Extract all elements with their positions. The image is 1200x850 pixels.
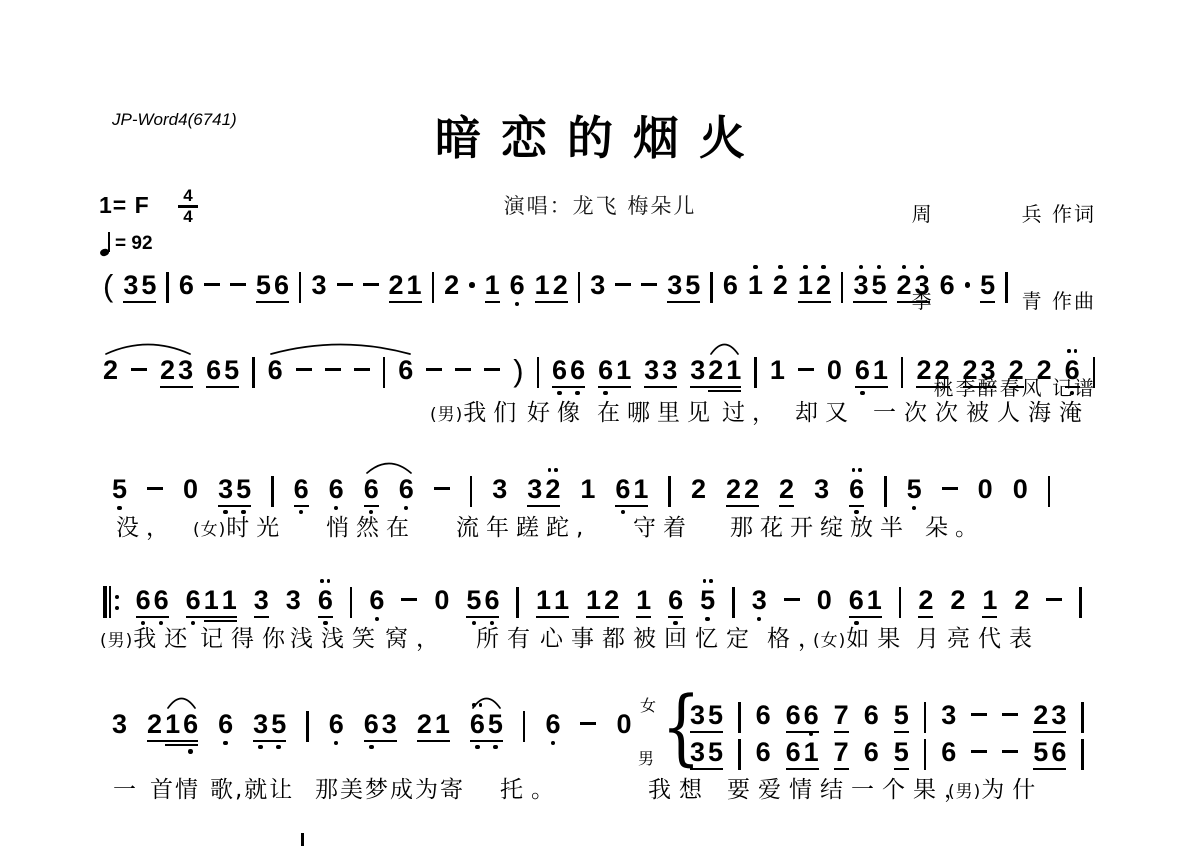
barline-cell: [732, 572, 735, 620]
note-underline: [389, 301, 408, 303]
note-underline: [123, 301, 142, 303]
note-digit: 1: [982, 586, 997, 614]
ornament-double-dot: [703, 579, 713, 583]
note-cell: 2: [444, 257, 459, 302]
lyrics-segment-row3: 窝，: [385, 620, 447, 653]
note-underline: [160, 386, 179, 388]
note-cell: 1: [867, 572, 882, 621]
dash-cell: [1002, 724, 1018, 756]
note-underline: [662, 386, 677, 388]
note-digit: 6: [179, 271, 194, 299]
note-cell: 0: [817, 572, 832, 617]
dash-cell: [426, 342, 442, 374]
voice-brace: {: [662, 689, 701, 767]
note-cell: 1: [804, 724, 819, 773]
note-digit: 3: [752, 586, 767, 614]
note-cell: 2: [779, 461, 794, 510]
note-cell: 2: [160, 342, 175, 391]
lyrics-segment-row4: 托。: [500, 771, 562, 804]
note-digit: 3: [112, 710, 127, 738]
note-cell: 1: [726, 342, 741, 395]
note-digit: 3: [662, 356, 677, 384]
barline-cell: [578, 257, 581, 305]
dot-cell: [965, 257, 971, 290]
music-line-5-male: 35661765656: [690, 724, 1099, 773]
note-digit: 6: [218, 710, 233, 738]
note-digit: 3: [590, 271, 605, 299]
note-digit: 6: [329, 710, 344, 738]
note-digit: 2: [545, 475, 560, 503]
note-underline: [535, 301, 554, 303]
note-digit: 6: [1065, 356, 1080, 384]
note-cell: 3: [112, 696, 127, 741]
note-digit: 1: [804, 738, 819, 766]
note-underline: [527, 505, 546, 507]
note-digit: 3: [382, 710, 397, 738]
note-cell: 2: [691, 461, 706, 506]
note-underline: [274, 301, 289, 303]
lyrics-segment-row2: 流年蹉跎,: [456, 509, 590, 542]
note-cell: 3: [814, 461, 829, 506]
note-cell: 0: [978, 461, 993, 506]
octave-dot-below: [757, 617, 762, 622]
dash-cell: [455, 342, 471, 374]
octave-dot-above: [859, 265, 864, 270]
note-cell: 6: [329, 461, 344, 510]
lyrics-segment-row4: 我想: [648, 771, 710, 804]
note-cell: 6: [1051, 724, 1066, 773]
note-cell: 3: [590, 257, 605, 302]
note-underline: [256, 301, 275, 303]
note-underline: [254, 616, 269, 618]
lyrics-segment-row2: 朵。: [925, 509, 985, 542]
note-underline: [685, 301, 700, 303]
barline: [432, 272, 435, 303]
note-cell: 6: [940, 257, 955, 302]
dash-cell: [325, 342, 341, 374]
barline-cell: [841, 257, 844, 305]
barline-cell: [710, 257, 713, 305]
note-digit: 3: [311, 271, 326, 299]
note-underline: [598, 386, 617, 388]
note-cell: 3: [286, 572, 301, 617]
barline-cell: [901, 342, 904, 390]
note-cell: 6: [849, 461, 864, 514]
credit-lyricist: 周 兵 作词: [912, 200, 1096, 229]
octave-dot-below: [258, 745, 263, 750]
dot-cell: [469, 257, 475, 290]
note-cell: 6: [864, 724, 879, 769]
barline-cell: [884, 461, 887, 509]
note-underline: [726, 505, 745, 507]
note-underline: [552, 386, 571, 388]
barline: [884, 476, 887, 507]
barline-cell: [252, 342, 255, 390]
note-cell: 5: [894, 724, 909, 773]
lyrics-segment-row4: (男)为什: [948, 771, 1043, 804]
barline: [470, 476, 473, 507]
barline: [306, 711, 309, 742]
note-cell: 2: [726, 461, 741, 510]
note-digit: 2: [1037, 356, 1052, 384]
note-cell: 6: [941, 724, 956, 769]
note-cell: 6: [570, 342, 585, 395]
note-cell: 7: [834, 724, 849, 773]
note-cell: 3: [218, 461, 233, 514]
barline-cell: [383, 342, 386, 390]
note-digit: 6: [849, 586, 864, 614]
note-digit: 0: [434, 586, 449, 614]
note-cell: 2: [1009, 342, 1024, 391]
note-cell: 5: [1033, 724, 1048, 773]
dash-cell: [147, 461, 163, 493]
dash-cell: [615, 257, 631, 289]
note-digit: 1: [586, 586, 601, 614]
note-cell: 2: [147, 696, 162, 745]
octave-dot-below: [621, 510, 626, 515]
barline-cell: [166, 257, 169, 305]
gender-marker: (男): [430, 405, 463, 425]
note-underline: [873, 386, 888, 388]
note-underline: [435, 740, 450, 742]
note-digit: 1: [636, 586, 651, 614]
time-numerator: 4: [183, 188, 192, 204]
note-digit: 6: [1051, 738, 1066, 766]
note-cell: 3: [527, 461, 542, 510]
note-digit: 5: [224, 356, 239, 384]
repeat-sign: [103, 586, 119, 618]
note-cell: 1: [204, 572, 219, 625]
barline: [578, 272, 581, 303]
barline: [523, 711, 526, 742]
barline-cell: [470, 461, 473, 509]
note-underline: [644, 386, 663, 388]
barline-cell: [1005, 257, 1008, 305]
note-underline: [186, 616, 205, 618]
note-underline: [834, 768, 849, 770]
note-cell: 3: [667, 257, 682, 306]
lyrics-segment-row2: 没，: [116, 509, 176, 542]
note-cell: 1: [535, 257, 550, 306]
note-digit: 1: [798, 271, 813, 299]
dash-cell: [1002, 687, 1018, 719]
note-digit: 1: [204, 586, 219, 614]
note-digit: 6: [552, 356, 567, 384]
note-cell: 6: [1065, 342, 1080, 395]
note-underline: [726, 390, 741, 392]
note-underline: [934, 386, 949, 388]
barline: [516, 587, 519, 618]
dash-cell: [204, 257, 220, 289]
note-underline: [604, 616, 619, 618]
note-cell: 0: [616, 696, 631, 741]
repeat-cell: [103, 572, 119, 621]
octave-dot-below: [551, 741, 556, 746]
dash-cell: [337, 257, 353, 289]
note-digit: 6: [849, 475, 864, 503]
gender-marker: (男): [100, 631, 133, 651]
octave-dot-below: [276, 745, 281, 750]
note-underline: [849, 616, 868, 618]
note-digit: 2: [744, 475, 759, 503]
note-digit: 3: [981, 356, 996, 384]
note-digit: 6: [329, 475, 344, 503]
tempo-marking: = 92: [100, 232, 153, 255]
note-cell: 5: [872, 257, 887, 306]
note-underline: [154, 616, 169, 618]
lyrics-segment-row4: 一: [113, 771, 144, 804]
note-cell: 6: [545, 696, 560, 745]
octave-dot-above: [920, 265, 925, 270]
note-cell: 2: [604, 572, 619, 621]
note-underline: [417, 740, 436, 742]
note-cell: 1: [633, 461, 648, 510]
note-digit: 6: [864, 738, 879, 766]
note-digit: 3: [254, 586, 269, 614]
note-underline: [668, 616, 683, 618]
note-digit: 6: [369, 586, 384, 614]
lyrics-segment-row3: 月亮代表: [916, 620, 1040, 653]
note-underline: [586, 616, 605, 618]
barline-cell: [516, 572, 519, 620]
note-cell: 3: [492, 461, 507, 506]
note-cell: 5: [141, 257, 156, 306]
note-underline: [708, 390, 727, 392]
note-digit: 6: [615, 475, 630, 503]
note-digit: 3: [253, 710, 268, 738]
note-digit: 3: [527, 475, 542, 503]
note-cell: 6: [329, 696, 344, 745]
note-digit: 6: [723, 271, 738, 299]
note-cell: 6: [268, 342, 283, 387]
note-underline: [407, 301, 422, 303]
note-cell: 1: [554, 572, 569, 621]
lyrics-segment-row1: 一次次被人海淹: [873, 394, 1090, 427]
dash-cell: [1046, 572, 1062, 604]
lyrics-segment-row2: 守着: [633, 509, 693, 542]
note-digit: 5: [1033, 738, 1048, 766]
note-digit: 6: [940, 271, 955, 299]
note-cell: 1: [616, 342, 631, 391]
note-cell: 1: [770, 342, 785, 387]
note-digit: 6: [570, 356, 585, 384]
barline-cell: [537, 342, 540, 390]
note-cell: 2: [417, 696, 432, 745]
note-underline: [981, 386, 996, 388]
barline: [841, 272, 844, 303]
note-underline: [616, 386, 631, 388]
note-cell: 1: [798, 257, 813, 306]
octave-dot-above: [753, 265, 758, 270]
note-underline: [1065, 386, 1080, 388]
note-underline: [488, 740, 503, 742]
note-digit: 5: [708, 738, 723, 766]
note-cell: 6: [723, 257, 738, 302]
dash-cell: [784, 572, 800, 604]
music-line-2: 2236566)66613332110612223226: [103, 342, 1108, 395]
barline-cell: [738, 724, 741, 772]
note-cell: 6: [186, 572, 201, 625]
note-digit: 6: [545, 710, 560, 738]
note-cell: 5: [907, 461, 922, 510]
note-cell: 5: [271, 696, 286, 749]
note-cell: 2: [744, 461, 759, 510]
note-digit: 2: [918, 586, 933, 614]
note-cell: 6: [398, 342, 413, 387]
octave-dot-above: [803, 265, 808, 270]
note-digit: 2: [1014, 586, 1029, 614]
note-digit: 6: [398, 356, 413, 384]
note-underline: [798, 301, 817, 303]
note-underline: [553, 301, 568, 303]
sheet-music-page: { "page": { "background": "#ffffff", "in…: [0, 0, 1200, 850]
note-cell: 1: [435, 696, 450, 745]
note-underline: [222, 616, 237, 618]
lyrics-segment-row1: 却又: [795, 394, 855, 427]
note-digit: 1: [407, 271, 422, 299]
note-underline: [726, 386, 741, 388]
note-underline: [536, 616, 555, 618]
note-digit: 3: [644, 356, 659, 384]
music-line-4: 666113366056111216530612212: [103, 572, 1099, 625]
note-digit: 1: [770, 356, 785, 384]
ornament-double-dot: [320, 579, 330, 583]
note-digit: 2: [934, 356, 949, 384]
barline-cell: [1081, 724, 1084, 772]
ornament-double-dot: [472, 703, 482, 707]
note-cell: 2: [897, 257, 912, 306]
note-underline: [963, 386, 982, 388]
note-digit: 1: [726, 356, 741, 384]
paren-cell: (: [103, 257, 113, 303]
note-underline: [615, 505, 634, 507]
note-cell: 6: [399, 461, 414, 510]
note-digit: 2: [897, 271, 912, 299]
dash-cell: [363, 257, 379, 289]
note-digit: 3: [690, 356, 705, 384]
note-digit: 5: [700, 586, 715, 614]
note-digit: 2: [708, 356, 723, 384]
note-cell: 6: [274, 257, 289, 306]
note-underline: [224, 386, 239, 388]
note-underline: [236, 505, 251, 507]
note-digit: 5: [236, 475, 251, 503]
note-digit: 3: [123, 271, 138, 299]
note-underline: [218, 505, 237, 507]
note-underline: [136, 616, 155, 618]
note-digit: 6: [399, 475, 414, 503]
barline: [1093, 357, 1096, 388]
note-underline: [633, 505, 648, 507]
note-digit: 5: [256, 271, 271, 299]
barline: [668, 476, 671, 507]
note-digit: 1: [873, 356, 888, 384]
barline: [537, 357, 540, 388]
note-cell: 2: [918, 572, 933, 621]
gender-marker: (女): [193, 520, 226, 540]
note-underline: [1033, 768, 1052, 770]
lyrics-segment-row4: 那美梦成为寄: [315, 771, 465, 804]
barline-cell: [754, 342, 757, 390]
note-underline: [690, 386, 709, 388]
note-digit: 6: [510, 271, 525, 299]
note-underline: [141, 301, 156, 303]
note-underline: [484, 616, 499, 618]
note-digit: 6: [318, 586, 333, 614]
dash-cell: [971, 687, 987, 719]
note-digit: 1: [435, 710, 450, 738]
barline: [1048, 476, 1051, 507]
note-underline: [554, 616, 569, 618]
barline-cell: [432, 257, 435, 305]
lyrics-segment-row2: (女)时光: [193, 509, 286, 542]
note-cell: 6: [855, 342, 870, 395]
lyrics-segment-row3: (女)如果: [813, 620, 908, 653]
octave-dot-below: [515, 302, 520, 307]
quarter-note-icon: [100, 232, 112, 255]
dash-cell: [354, 342, 370, 374]
note-cell: 6: [318, 572, 333, 625]
note-digit: 1: [867, 586, 882, 614]
note-cell: 2: [553, 257, 568, 306]
note-digit: 6: [786, 738, 801, 766]
note-cell: 6: [294, 461, 309, 514]
barline-cell: [299, 257, 302, 305]
note-cell: 2: [103, 342, 118, 387]
time-denominator: 4: [183, 209, 192, 225]
note-underline: [744, 505, 759, 507]
note-underline: [708, 768, 723, 770]
barline: [924, 739, 927, 770]
note-underline: [466, 616, 485, 618]
note-digit: 5: [907, 475, 922, 503]
note-cell: 3: [644, 342, 659, 391]
octave-dot-below: [912, 506, 917, 511]
note-digit: 3: [178, 356, 193, 384]
lyrics-segment-row4: 要爱情结一个: [727, 771, 913, 804]
note-cell: 1: [873, 342, 888, 391]
note-digit: 2: [691, 475, 706, 503]
note-cell: 3: [382, 696, 397, 745]
note-digit: 5: [141, 271, 156, 299]
note-digit: 3: [853, 271, 868, 299]
dash-cell: [434, 461, 450, 493]
note-cell: 3: [253, 696, 268, 749]
note-underline: [855, 386, 874, 388]
note-underline: [867, 616, 882, 618]
octave-dot-above: [877, 265, 882, 270]
gender-marker: (女): [813, 631, 846, 651]
note-cell: 5: [700, 572, 715, 621]
lyrics-segment-row3: 心事都被回忆定: [540, 620, 757, 653]
barline-cell: [1079, 572, 1082, 620]
note-underline: [294, 505, 309, 507]
note-cell: 2: [389, 257, 404, 306]
barline: [1079, 587, 1082, 618]
octave-dot-below: [188, 749, 193, 754]
note-underline: [470, 740, 489, 742]
note-cell: 0: [1013, 461, 1028, 506]
lyrics-segment-row3: 记得你: [200, 620, 293, 653]
barline: [383, 357, 386, 388]
note-digit: 5: [685, 271, 700, 299]
note-digit: 2: [417, 710, 432, 738]
note-digit: 6: [364, 475, 379, 503]
note-cell: 6: [510, 257, 525, 306]
barline-cell: [1093, 342, 1096, 390]
female-voice-label: 女: [640, 693, 656, 716]
note-underline: [271, 740, 286, 742]
